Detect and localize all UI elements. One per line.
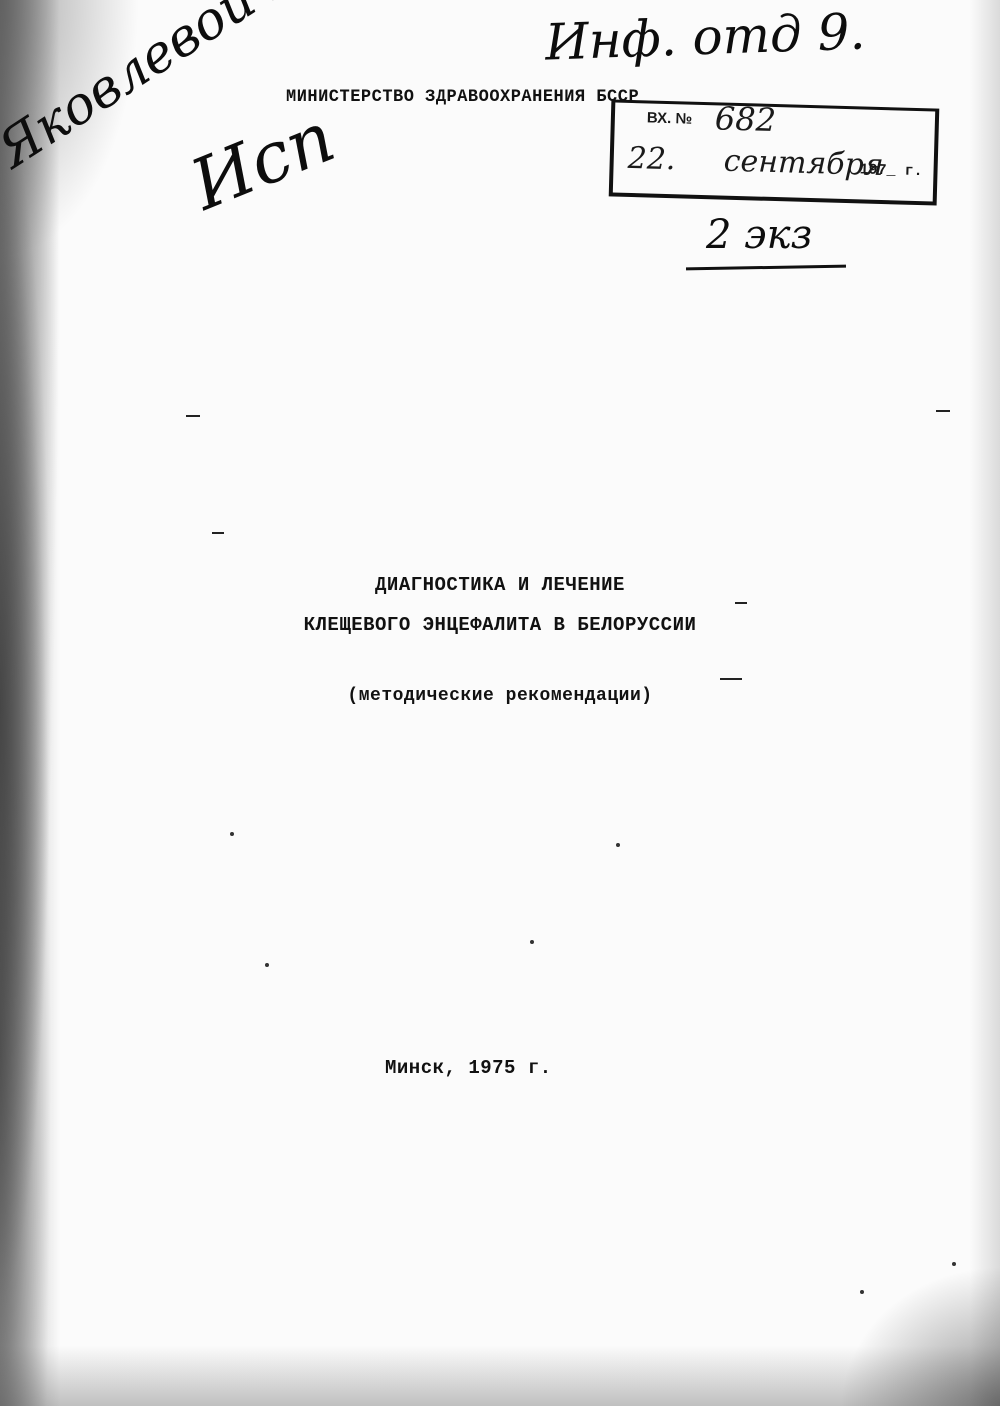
stamp-day: 22.	[627, 141, 676, 177]
scanned-document-page: Инф. отд 9. Яковлевой 23 Исп МИНИСТЕРСТВ…	[0, 0, 1000, 1406]
scan-speck	[530, 940, 534, 944]
scan-mark	[936, 410, 950, 412]
scan-edge-shadow-bottom-right	[840, 1266, 1000, 1406]
scan-mark	[735, 602, 747, 604]
scan-speck	[860, 1290, 864, 1294]
scan-speck	[265, 963, 269, 967]
stamp-reg-label: ВХ. №	[647, 109, 693, 127]
scan-mark	[186, 415, 200, 417]
registration-stamp: ВХ. № 682 22. сентября 197_ г.	[609, 99, 940, 205]
scan-speck	[616, 843, 620, 847]
handwritten-department-note: Инф. отд 9.	[544, 2, 866, 71]
document-subtitle: (методические рекомендации)	[0, 686, 1000, 706]
document-title-line-1: ДИАГНОСТИКА И ЛЕЧЕНИЕ	[0, 574, 1000, 596]
ministry-header: МИНИСТЕРСТВО ЗДРАВООХРАНЕНИЯ БССР	[286, 88, 639, 108]
document-title-line-2: КЛЕЩЕВОГО ЭНЦЕФАЛИТА В БЕЛОРУССИИ	[0, 614, 1000, 636]
handwritten-signature: Исп	[180, 96, 345, 226]
scan-speck	[230, 832, 234, 836]
stamp-reg-number: 682	[714, 99, 776, 139]
scan-speck	[952, 1262, 956, 1266]
place-and-year: Минск, 1975 г.	[385, 1057, 552, 1079]
handwritten-copies-note: 2 экз	[706, 212, 812, 258]
scan-mark	[720, 678, 742, 680]
stamp-year: 197_ г.	[859, 161, 922, 180]
copies-underline	[686, 265, 846, 271]
scan-mark	[212, 532, 224, 534]
